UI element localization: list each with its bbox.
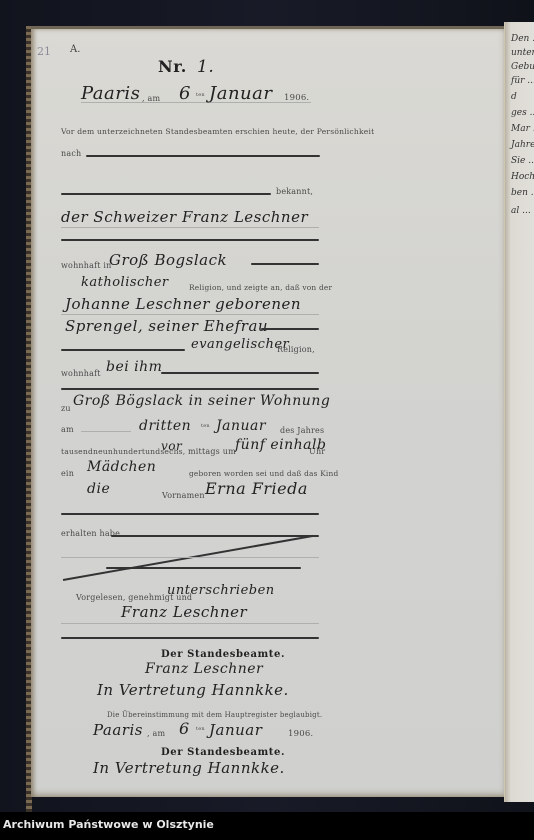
right-note: Hoch ...: [511, 172, 534, 182]
footer-ten: ten: [196, 726, 205, 732]
page-letter: A.: [70, 44, 80, 55]
footer-year: 1906.: [288, 729, 313, 739]
bekannt-text: bekannt,: [276, 187, 313, 196]
right-note: Den ...: [511, 34, 534, 44]
entry-number-label: Nr.: [158, 57, 187, 76]
religion-text: Religion, und zeigte an, daß von der: [189, 283, 332, 292]
right-note: Jahre ...: [511, 140, 534, 150]
zu-label: zu: [61, 404, 71, 413]
zu-value: Groß Bögslack in seiner Wohnung: [73, 393, 330, 409]
vornamen-label: Vornamen: [162, 491, 205, 500]
am-label: am: [61, 425, 74, 434]
intro-text: Vor dem unterzeichneten Standesbeamten e…: [61, 127, 374, 136]
nach-label: nach: [61, 149, 81, 158]
wohnhaft2-value: bei ihm: [106, 359, 162, 375]
ink-dash: [106, 567, 301, 569]
footer-day: 6: [179, 719, 190, 738]
footer-am: , am: [147, 729, 165, 738]
wohnhaft2-label: wohnhaft: [61, 369, 101, 378]
ink-dash: [261, 328, 319, 330]
header-year: 1906.: [284, 93, 309, 103]
religion-value: katholischer: [81, 275, 169, 290]
ein-label: ein: [61, 469, 74, 478]
rule: [61, 557, 319, 558]
pencil-page-number: 21: [37, 45, 51, 58]
vormittag: vor: [161, 439, 182, 453]
birth-day: dritten: [139, 418, 191, 434]
header-place: Paaris: [81, 83, 140, 104]
facing-page-edge: Den ... unter ... Geburt ... für ... d g…: [504, 22, 534, 802]
child-sex: Mädchen: [87, 459, 156, 475]
official-signature-2: In Vertretung Hannkke.: [97, 681, 289, 699]
ink-dash: [86, 155, 320, 157]
ink-dash: [111, 535, 319, 537]
mother-name: Johanne Leschner geborenen: [65, 295, 301, 313]
mittags-um: mittags um: [188, 447, 236, 456]
footer-month: Januar: [209, 721, 262, 739]
rule: [81, 431, 131, 432]
entry-number-value: 1.: [197, 57, 214, 77]
ink-dash: [61, 193, 271, 195]
birth-ten: ten: [201, 423, 210, 429]
ink-dash: [61, 637, 319, 639]
archive-credit-bar: Archiwum Państwowe w Olsztynie: [0, 812, 534, 840]
child-first-names: Erna Frieda: [205, 479, 308, 498]
header-am: , am: [142, 94, 160, 103]
right-note: al ...: [511, 206, 531, 216]
wohnhaft-label: wohnhaft in: [61, 261, 112, 270]
rule: [61, 227, 319, 228]
rule: [61, 314, 319, 315]
informant-signature: Franz Leschner: [121, 603, 247, 621]
uhr-label: Uhr: [309, 447, 325, 456]
des-jahres: des Jahres: [280, 426, 324, 435]
ink-dash: [61, 239, 319, 241]
unterschrieben: unterschrieben: [167, 583, 275, 598]
ink-dash: [61, 388, 319, 390]
official-signature-1: Franz Leschner: [145, 661, 263, 677]
header-ten: ten: [196, 92, 205, 98]
birth-month: Januar: [216, 418, 266, 434]
right-note: Mar ...: [511, 124, 534, 134]
ink-dash: [251, 263, 319, 265]
geboren-text: geboren worden sei und daß das Kind: [189, 469, 338, 478]
religion2-label: Religion,: [277, 345, 315, 354]
ink-dash: [61, 349, 185, 351]
right-note: für ...: [511, 76, 534, 86]
wohnhaft-value: Groß Bogslack: [109, 251, 227, 269]
right-note: Geburt ...: [511, 62, 534, 72]
footer-place: Paaris: [93, 721, 143, 739]
right-note: ges ...: [511, 108, 534, 118]
ink-dash: [161, 372, 319, 374]
right-note: d: [511, 92, 517, 102]
archive-credit: Archiwum Państwowe w Olsztynie: [3, 818, 214, 831]
register-page: 21 A. Nr. 1. Paaris , am 6 ten Januar 19…: [31, 26, 504, 797]
die-value: die: [87, 481, 110, 497]
right-note: unter ...: [511, 48, 534, 58]
ink-dash: [61, 513, 319, 515]
right-note: ben ...: [511, 188, 534, 198]
rule: [61, 623, 319, 624]
uebereinstimmung-text: Die Übereinstimmung mit dem Hauptregiste…: [107, 711, 322, 719]
erhalten-text: erhalten habe.: [61, 529, 123, 538]
standesbeamte-title-2: Der Standesbeamte.: [161, 747, 285, 758]
standesbeamte-title: Der Standesbeamte.: [161, 649, 285, 660]
informant-name: der Schweizer Franz Leschner: [61, 208, 308, 226]
official-signature-3: In Vertretung Hannkke.: [93, 759, 285, 777]
right-note: Sie ...: [511, 156, 534, 166]
mother-maiden-name: Sprengel, seiner Ehefrau: [65, 317, 268, 335]
religion2-value: evangelischer: [191, 337, 289, 352]
header-month: Januar: [209, 83, 272, 104]
header-day: 6: [179, 83, 191, 104]
